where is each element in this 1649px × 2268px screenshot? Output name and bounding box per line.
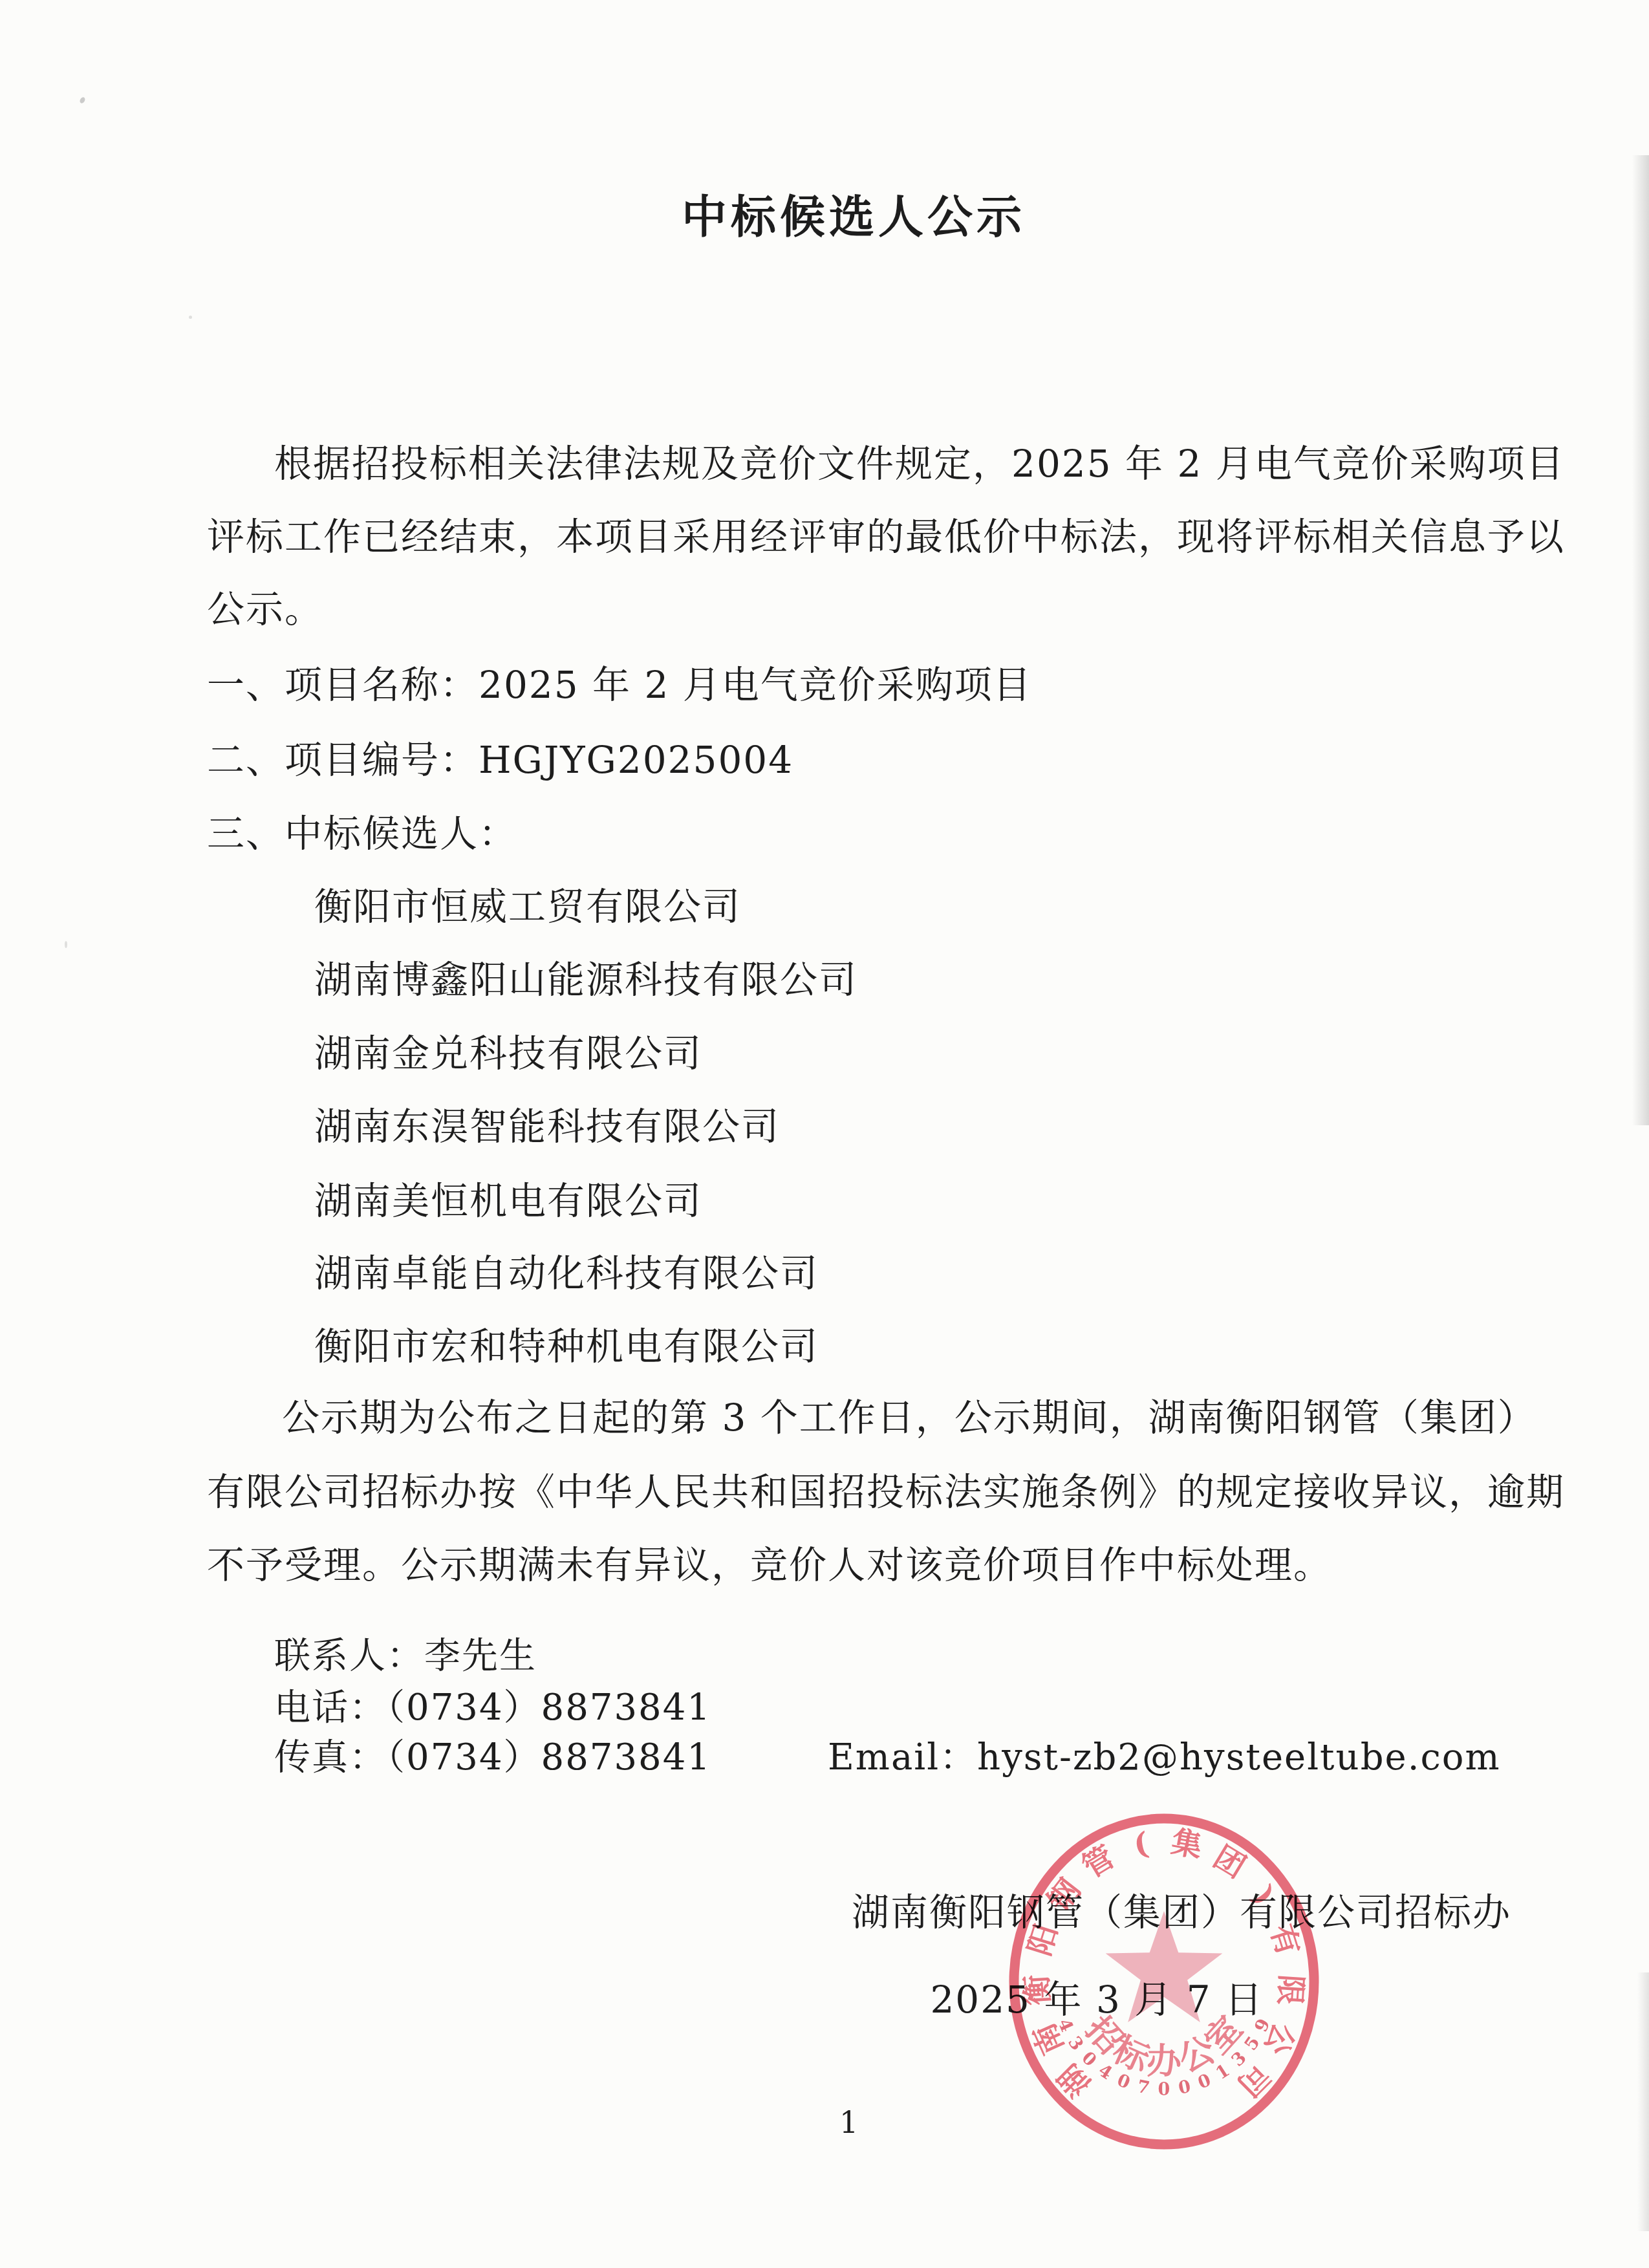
seal-star-icon xyxy=(1106,1911,1223,2022)
seal-number-digit: 0 xyxy=(1114,2070,1133,2093)
page-number: 1 xyxy=(839,2106,858,2140)
seal-ring-char: ) xyxy=(1245,1879,1282,1912)
candidate-company-3: 湖南金兑科技有限公司 xyxy=(314,1032,702,1075)
seal-number-digit: 0 xyxy=(1158,2080,1170,2100)
email-text: Email：hyst-zb2@hysteeltube.com xyxy=(828,1736,1501,1778)
scan-speck xyxy=(189,316,192,319)
intro-line-2: 评标工作已经结束，本项目采用经评审的最低价中标法，现将评标相关信息予以 xyxy=(207,515,1565,559)
seal-number-digit: 7 xyxy=(1136,2077,1151,2099)
seal-ring-char: 衡 xyxy=(1019,1974,1057,2006)
seal-number-digit: 0 xyxy=(1195,2070,1214,2093)
candidate-company-2: 湖南博鑫阳山能源科技有限公司 xyxy=(314,958,857,1002)
seal-ring-char: ( xyxy=(1131,1826,1152,1863)
candidates-heading-item: 三、中标候选人： xyxy=(207,812,517,856)
project-name-item: 一、项目名称：2025 年 2 月电气竞价采购项目 xyxy=(207,664,1032,707)
document-page: 中标候选人公示 根据招投标相关法律法规及竞价文件规定，2025 年 2 月电气竞… xyxy=(0,0,1649,2268)
official-seal: 湖 南 衡 阳 钢 管 ( 集 团 ) 有 限 公 司 招 标 办 公 室 4 … xyxy=(996,1799,1332,2161)
page-title: 中标候选人公示 xyxy=(29,191,1649,244)
seal-ring-char: 阳 xyxy=(1022,1920,1064,1960)
seal-ring-char: 有 xyxy=(1263,1920,1306,1960)
intro-line-3: 公示。 xyxy=(207,588,323,631)
notice-line-1: 公示期为公布之日起的第 3 个工作日，公示期间，湖南衡阳钢管（集团） xyxy=(282,1396,1536,1440)
candidate-company-7: 衡阳市宏和特种机电有限公司 xyxy=(314,1325,819,1368)
seal-ring-char: 集 xyxy=(1169,1824,1205,1865)
notice-line-3: 不予受理。公示期满未有异议，竞价人对该竞价项目作中标处理。 xyxy=(207,1544,1332,1587)
scan-speck xyxy=(79,96,86,104)
scan-speck xyxy=(65,941,67,948)
candidate-company-6: 湖南卓能自动化科技有限公司 xyxy=(314,1252,819,1295)
candidate-company-5: 湖南美恒机电有限公司 xyxy=(314,1180,702,1223)
contact-person-line: 联系人：李先生 xyxy=(274,1636,537,1677)
project-number-item: 二、项目编号：HGJYG2025004 xyxy=(207,739,793,782)
contact-fax-line: 传真：（0734）8873841Email：hyst-zb2@hysteeltu… xyxy=(274,1737,1501,1778)
candidate-company-1: 衡阳市恒威工贸有限公司 xyxy=(314,885,741,929)
intro-line-1: 根据招投标相关法律法规及竞价文件规定，2025 年 2 月电气竞价采购项目 xyxy=(274,442,1565,486)
contact-phone-line: 电话：（0734）8873841 xyxy=(274,1687,711,1729)
notice-line-2: 有限公司招标办按《中华人民共和国招投标法实施条例》的规定接收异议，逾期 xyxy=(207,1471,1565,1514)
candidate-company-4: 湖南东淏智能科技有限公司 xyxy=(314,1105,780,1149)
seal-number-digit: 0 xyxy=(1177,2077,1192,2099)
seal-ring-char: 限 xyxy=(1271,1974,1309,2006)
scan-edge-shadow xyxy=(1632,155,1649,1125)
fax-text: 传真：（0734）8873841 xyxy=(274,1736,711,1778)
scan-edge-shadow-bottom xyxy=(1637,1972,1649,2231)
